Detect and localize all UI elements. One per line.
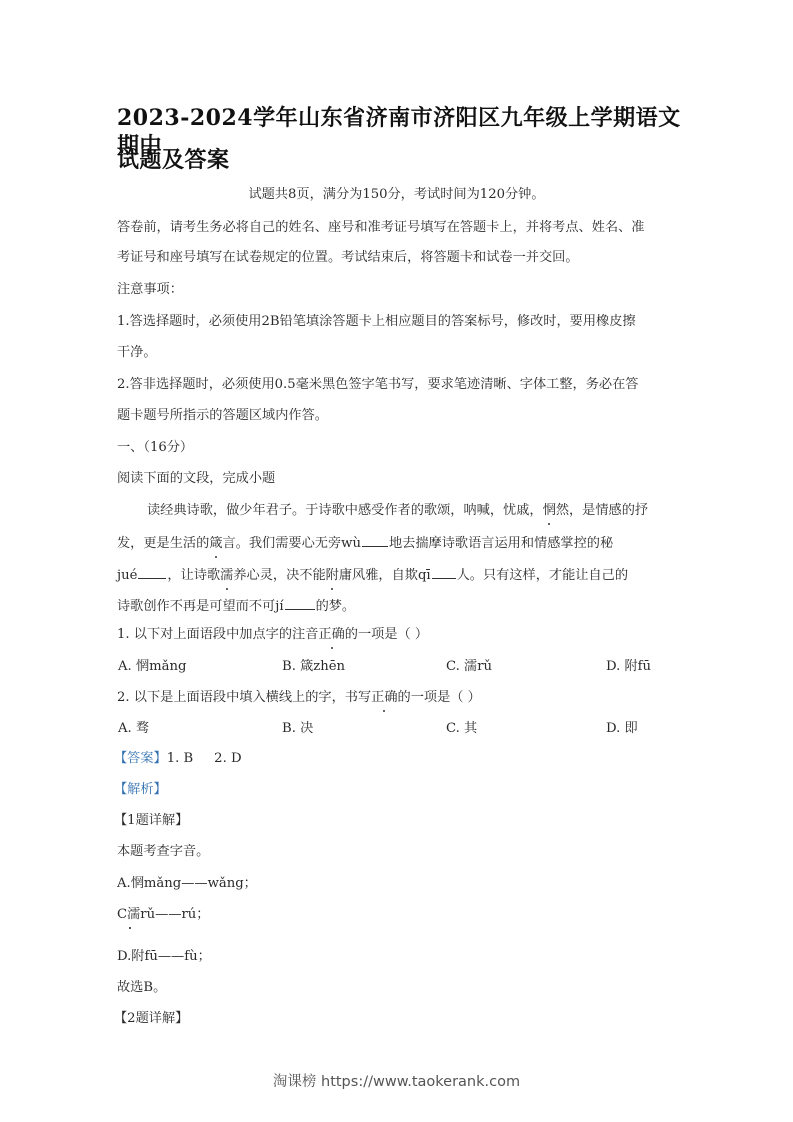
fill-blank — [285, 596, 315, 610]
passage-line3: jué，让诗歌濡养心灵，决不能附庸风雅，自欺qī人。只有这样，才能让自己的 — [117, 565, 628, 585]
q1-explain-a: A.惘mǎng——wǎng； — [117, 875, 257, 893]
dotted-char: 濡 — [220, 567, 233, 585]
fill-blank — [138, 565, 166, 579]
question-2-option-b: B. 决 — [282, 720, 313, 738]
question-2-option-c: C. 其 — [446, 720, 477, 738]
passage-text: 养心灵，决不能 — [233, 568, 325, 583]
q1-explain-c: C濡rǔ——rú； — [117, 906, 209, 924]
question-2-option-a: A. 骛 — [118, 720, 149, 738]
notes-item1-line1: 1.答选择题时，必须使用2B铅笔填涂答题卡上相应题目的答案标号，修改时，要用橡皮… — [117, 313, 636, 331]
dotted-char: 箴 — [209, 535, 222, 553]
passage-text: 庸风雅，自欺qī — [339, 568, 431, 583]
passage-text: 然，是情感的抒 — [556, 503, 648, 518]
passage-line2: 发，更是生活的箴言。我们需要心无旁wù地去揣摩诗歌语言运用和情感掌控的秘 — [117, 533, 613, 553]
answer-label: 【答案】 — [114, 751, 167, 766]
passage-line4: 诗歌创作不再是可望而不可jí的梦。 — [117, 596, 355, 616]
dotted-char: 正确 — [371, 689, 397, 707]
passage-text: 发，更是生活的 — [117, 536, 209, 551]
passage-text: 的梦。 — [316, 599, 356, 614]
answer-line: 【答案】1. B 2. D — [114, 750, 242, 768]
passage-text: 人。只有这样，才能让自己的 — [457, 568, 628, 583]
q1-conclusion: 故选B。 — [117, 979, 166, 997]
question-2-stem: 2. 以下是上面语段中填入横线上的字，书写正确的一项是（ ） — [117, 689, 481, 707]
instructions-line2: 考证号和座号填写在试卷规定的位置。考试结束后，将答题卡和试卷一并交回。 — [117, 249, 579, 267]
question-text: 2. 以下是上面语段中填入横线上的字，书写 — [117, 690, 371, 705]
answer-text: 1. B 2. D — [167, 751, 242, 766]
passage-text: 读经典诗歌，做少年君子。于诗歌中感受作者的歌颂，呐喊，忧戚， — [147, 503, 543, 518]
dotted-char: 正确 — [318, 626, 344, 644]
q2-detail-heading: 【2题详解】 — [114, 1010, 188, 1028]
notes-item2-line2: 题卡题号所指示的答题区域内作答。 — [117, 407, 328, 425]
dotted-char: 惘 — [543, 502, 556, 520]
instructions-line1: 答卷前，请考生务必将自己的姓名、座号和准考证号填写在答题卡上，并将考点、姓名、准 — [117, 219, 645, 237]
watermark-footer: 淘课榜 https://www.taokerank.com — [0, 1070, 793, 1091]
question-1-option-b: B. 箴zhēn — [282, 658, 345, 676]
passage-text: 言。我们需要心无旁wù — [223, 536, 361, 551]
dotted-char: 附 — [326, 567, 339, 585]
question-text: 的一项是（ ） — [398, 690, 481, 705]
document-title-line2: 试题及答案 — [117, 146, 687, 174]
question-text: 的一项是（ ） — [345, 627, 428, 642]
question-text: 1. 以下对上面语段中加点字的注音 — [117, 627, 318, 642]
document-page: 2023-2024学年山东省济南市济阳区九年级上学期语文期中 试题及答案 试题共… — [0, 0, 793, 1122]
fill-blank — [432, 565, 456, 579]
exam-info: 试题共8页，满分为150分，考试时间为120分钟。 — [0, 186, 793, 204]
passage-text: jué — [117, 568, 137, 583]
notes-item1-line2: 干净。 — [117, 344, 157, 362]
passage-line1: 读经典诗歌，做少年君子。于诗歌中感受作者的歌颂，呐喊，忧戚，惘然，是情感的抒 — [147, 502, 648, 520]
passage-text: ，让诗歌 — [167, 568, 220, 583]
q1-detail-heading: 【1题详解】 — [114, 812, 188, 830]
fill-blank — [362, 533, 388, 547]
question-2-option-d: D. 即 — [606, 720, 638, 738]
question-1-option-d: D. 附fū — [606, 658, 651, 676]
analysis-label: 【解析】 — [114, 781, 167, 799]
question-1-option-c: C. 濡rǔ — [446, 658, 492, 676]
q1-explain-d: D.附fū——fù； — [117, 948, 211, 966]
section1-heading: 一、（16分） — [117, 439, 193, 457]
q1-intro: 本题考查字音。 — [117, 843, 209, 861]
question-1-stem: 1. 以下对上面语段中加点字的注音正确的一项是（ ） — [117, 626, 428, 644]
passage-text: 地去揣摩诗歌语言运用和情感掌控的秘 — [389, 536, 613, 551]
question-1-option-a: A. 惘mǎng — [118, 658, 186, 676]
stray-dot-mark — [129, 927, 131, 929]
passage-text: 诗歌创作不再是可望而不可jí — [117, 599, 284, 614]
notes-item2-line1: 2.答非选择题时，必须使用0.5毫米黑色签字笔书写，要求笔迹清晰、字体工整，务必… — [117, 376, 639, 394]
notes-heading: 注意事项： — [117, 281, 183, 299]
section1-prompt: 阅读下面的文段，完成小题 — [117, 470, 275, 488]
